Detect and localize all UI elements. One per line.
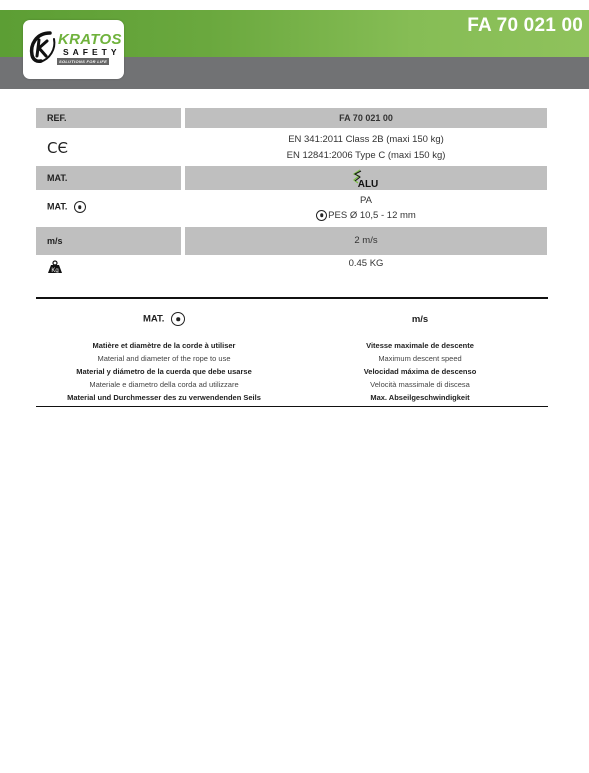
legend-material-en: Material and diameter of the rope to use	[36, 352, 292, 365]
material-value: ALU	[358, 179, 379, 190]
kratos-k-icon	[28, 29, 58, 65]
legend-material-de: Material und Durchmesser des zu verwende…	[36, 391, 292, 404]
spec-row-material: MAT. ALU	[36, 166, 547, 190]
legend-bottom-rule	[36, 406, 548, 407]
brand-logo: KRATOS SAFETY SOLUTIONS FOR LIFE	[23, 20, 124, 79]
brand-name: KRATOS	[58, 31, 122, 48]
ce-standard-2: EN 12841:2006 Type C (maxi 150 kg)	[185, 148, 547, 164]
rope-diameter-icon	[74, 201, 86, 213]
legend-speed-heading: m/s	[292, 314, 548, 325]
spec-row-speed: m/s 2 m/s	[36, 227, 547, 255]
legend-speed-en: Maximum descent speed	[292, 352, 548, 365]
weight-kg-icon: Kg	[47, 260, 63, 274]
spec-row-weight: Kg 0.45 KG	[36, 257, 547, 277]
page-header: FA 70 021 00 KRATOS SAFETY SOLUTIONS FOR…	[0, 0, 589, 90]
rope-material-pes: PES Ø 10,5 - 12 mm	[185, 208, 547, 223]
ref-value: FA 70 021 00	[185, 108, 547, 128]
legend-material-es: Material y diámetro de la cuerda que deb…	[36, 365, 292, 378]
legend-speed-it: Velocità massimale di discesa	[292, 378, 548, 391]
ce-mark-icon: CЄ	[47, 139, 68, 157]
brand-subname: SAFETY	[63, 47, 121, 57]
spec-row-ref: REF. FA 70 021 00	[36, 108, 547, 128]
aluminium-icon: ALU	[356, 170, 377, 188]
legend-top-rule	[36, 297, 548, 299]
svg-text:Kg: Kg	[51, 268, 58, 274]
ce-standard-1: EN 341:2011 Class 2B (maxi 150 kg)	[185, 132, 547, 148]
specification-table: REF. FA 70 021 00 CЄ EN 341:2011 Class 2…	[36, 108, 547, 277]
spec-row-rope: MAT. PA PES Ø 10,5 - 12 mm	[36, 193, 547, 225]
weight-value: 0.45 KG	[185, 257, 547, 271]
product-reference-title: FA 70 021 00	[467, 15, 583, 37]
speed-value: 2 m/s	[185, 227, 547, 255]
legend-material-fr: Matière et diamètre de la corde à utilis…	[36, 339, 292, 352]
legend-material-it: Materiale e diametro della corda ad util…	[36, 378, 292, 391]
spec-row-ce: CЄ EN 341:2011 Class 2B (maxi 150 kg) EN…	[36, 132, 547, 164]
rope-label: MAT.	[47, 201, 86, 213]
legend-material-heading: MAT.	[36, 312, 292, 326]
material-label: MAT.	[47, 173, 67, 183]
rope-material-pa: PA	[185, 193, 547, 208]
legend-speed-fr: Vitesse maximale de descente	[292, 339, 548, 352]
legend-speed-de: Max. Abseilgeschwindigkeit	[292, 391, 548, 404]
brand-tagline: SOLUTIONS FOR LIFE	[57, 58, 109, 65]
speed-label: m/s	[47, 236, 63, 246]
rope-diameter-icon	[171, 312, 185, 326]
rope-diameter-icon	[316, 210, 327, 221]
ref-label: REF.	[47, 113, 67, 123]
legend-speed-es: Velocidad máxima de descenso	[292, 365, 548, 378]
